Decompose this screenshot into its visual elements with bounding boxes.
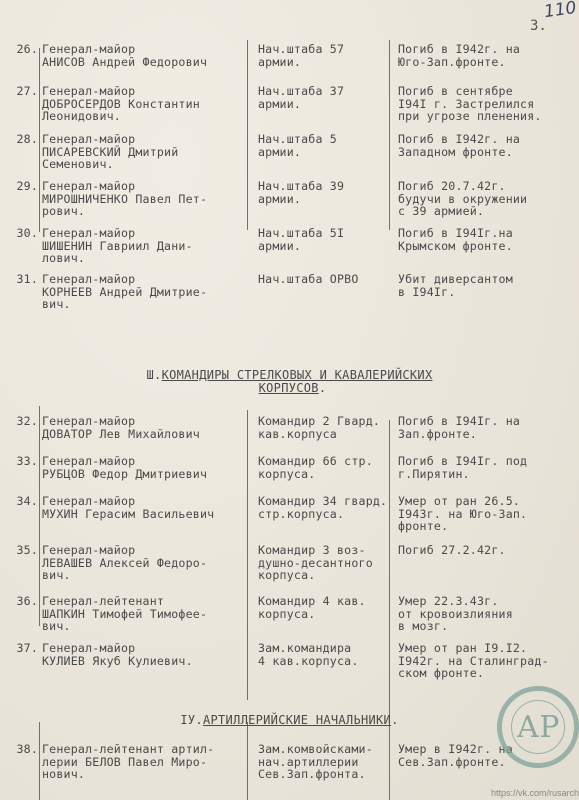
fate: Погиб в сентябре I94I г. Застрелился при…: [398, 85, 576, 123]
column-rule-1c: [39, 722, 40, 800]
position: Зам.командира 4 кав.корпуса.: [258, 642, 403, 667]
fate: Погиб в I94Iг.на Крымском фронте.: [398, 227, 576, 252]
fate: Погиб в I94Iг. под г.Пирятин.: [398, 455, 576, 480]
row-number: 34.: [14, 495, 38, 508]
rank-and-name: Генерал-майор ШИШЕНИН Гавриил Дани- лови…: [42, 227, 252, 265]
row-number: 29.: [14, 180, 38, 193]
row-number: 30.: [14, 227, 38, 240]
column-rule-1a: [39, 48, 40, 232]
section-title-line1: КОМАНДИРЫ СТРЕЛКОВЫХ И КАВАЛЕРИЙСКИХ: [162, 368, 433, 382]
fate: Умер от ран 26.5. I943г. на Юго-Зап. фро…: [398, 495, 576, 533]
position: Зам.комвойсками- нач.артиллерии Сев.Зап.…: [258, 743, 403, 781]
row-number: 32.: [14, 415, 38, 428]
section-number: Ш.: [147, 368, 162, 382]
watermark-link[interactable]: https://vk.com/rusarchives: [491, 788, 579, 798]
fate: Убит диверсантом в I94Iг.: [398, 273, 576, 298]
rank-and-name: Генерал-майор МИРОШНИЧЕНКО Павел Пет- ро…: [42, 180, 252, 218]
position: Командир 34 гвард. стр.корпуса.: [258, 495, 403, 520]
position: Командир 66 стр. корпуса.: [258, 455, 403, 480]
rank-and-name: Генерал-майор АНИСОВ Андрей Федорович: [42, 43, 252, 68]
row-number: 28.: [14, 133, 38, 146]
fate: Погиб в I942г. на Западном фронте.: [398, 133, 576, 158]
row-number: 35.: [14, 544, 38, 557]
fate: Погиб 20.7.42г. будучи в окружении с 39 …: [398, 180, 576, 218]
fate: Погиб в I94Iг. на Зап.фронте.: [398, 415, 576, 440]
row-number: 27.: [14, 85, 38, 98]
fate: Умер 22.3.43г. от кровоизлияния в мозг.: [398, 595, 576, 633]
rank-and-name: Генерал-майор ДОБРОСЕРДОВ Константин Лео…: [42, 85, 252, 123]
rank-and-name: Генерал-майор ПИСАРЕВСКИЙ Дмитрий Семено…: [42, 133, 252, 171]
position: Командир 2 Гвард. кав.корпуса: [258, 415, 403, 440]
rank-and-name: Генерал-лейтенант артил- лерии БЕЛОВ Пав…: [42, 743, 252, 781]
row-number: 31.: [14, 273, 38, 286]
row-number: 33.: [14, 455, 38, 468]
archive-page-number: 110: [543, 0, 578, 22]
section-title-period: .: [319, 381, 327, 395]
section-number: IУ.: [180, 713, 203, 727]
rank-and-name: Генерал-майор ДОВАТОР Лев Михайлович: [42, 415, 252, 440]
fate: Умер от ран I9.I2. I942г. на Сталинград-…: [398, 642, 576, 680]
row-number: 36.: [14, 595, 38, 608]
rank-and-name: Генерал-лейтенант ШАПКИН Тимофей Тимофее…: [42, 595, 252, 633]
section-heading-corps-commanders: Ш.КОМАНДИРЫ СТРЕЛКОВЫХ И КАВАЛЕРИЙСКИХ К…: [0, 369, 579, 394]
archive-stamp: АР: [497, 686, 579, 768]
row-number: 37.: [14, 642, 38, 655]
rank-and-name: Генерал-майор КОРНЕЕВ Андрей Дмитрие- ви…: [42, 273, 252, 311]
position: Нач.штаба ОРВО: [258, 273, 403, 286]
row-number: 26.: [14, 43, 38, 56]
row-number: 38.: [14, 743, 38, 756]
rank-and-name: Генерал-майор ЛЕВАШЕВ Алексей Федоро- ви…: [42, 544, 252, 582]
position: Нач.штаба 39 армии.: [258, 180, 403, 205]
position: Командир 4 кав. корпуса.: [258, 595, 403, 620]
position: Командир 3 воз- душно-десантного корпуса…: [258, 544, 403, 582]
position: Нач.штаба 5 армии.: [258, 133, 403, 158]
position: Нач.штаба 5I армии.: [258, 227, 403, 252]
section-title-period: .: [391, 713, 399, 727]
position: Нач.штаба 37 армии.: [258, 85, 403, 110]
fate: Погиб в I942г. на Юго-Зап.фронте.: [398, 43, 576, 68]
rank-and-name: Генерал-майор МУХИН Герасим Васильевич: [42, 495, 252, 520]
section-heading-artillery-chiefs: IУ.АРТИЛЛЕРИЙСКИЕ НАЧАЛЬНИКИ.: [0, 714, 579, 727]
position: Нач.штаба 57 армии.: [258, 43, 403, 68]
monogram-icon: АР: [511, 700, 565, 754]
rank-and-name: Генерал-майор КУЛИЕВ Якуб Кулиевич.: [42, 642, 252, 667]
section-title-line1: АРТИЛЛЕРИЙСКИЕ НАЧАЛЬНИКИ: [203, 713, 391, 727]
fate: Погиб 27.2.42г.: [398, 544, 576, 557]
section-title-line2: КОРПУСОВ: [259, 381, 319, 395]
rank-and-name: Генерал-майор РУБЦОВ Федор Дмитриевич: [42, 455, 252, 480]
column-rule-1b: [39, 406, 40, 626]
